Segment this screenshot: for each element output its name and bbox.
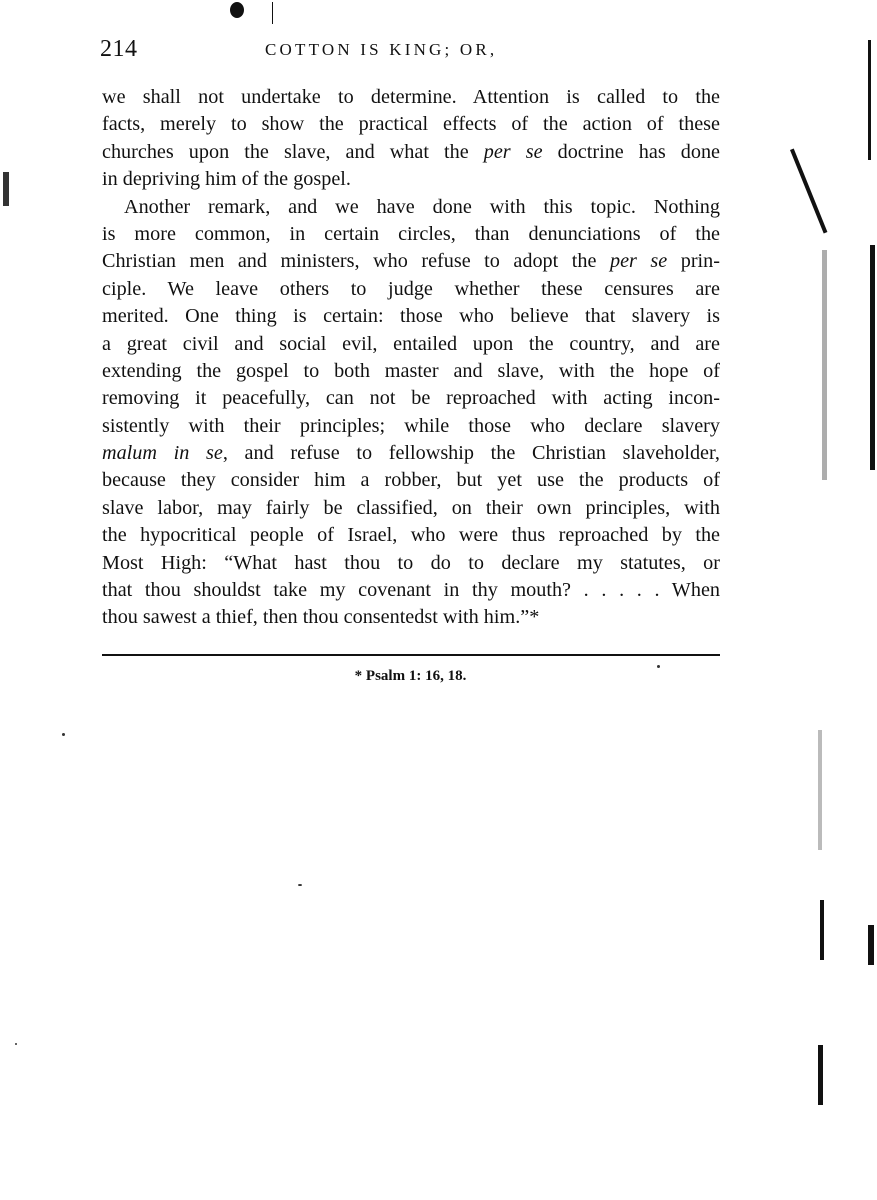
text-run: removing it peacefully, can not be repro… (102, 387, 720, 409)
text-line: is more common, in certain circles, than… (102, 221, 720, 248)
italic-phrase: per se (610, 250, 667, 272)
text-line: slave labor, may fairly be classified, o… (102, 495, 720, 522)
page-edge-speckle-1 (822, 250, 827, 480)
text-line: ciple. We leave others to judge whether … (102, 276, 720, 303)
text-run: because they consider him a robber, but … (102, 469, 720, 491)
text-run: is more common, in certain circles, than… (102, 223, 720, 245)
text-run: Another remark, and we have done with th… (124, 196, 720, 218)
text-run: ciple. We leave others to judge whether … (102, 278, 720, 300)
page-header: 214 COTTON IS KING; OR, (100, 36, 720, 68)
text-line: Christian men and ministers, who refuse … (102, 248, 720, 275)
speck (15, 1043, 17, 1045)
text-run: a great civil and social evil, entailed … (102, 333, 720, 355)
page-edge-curve-1 (790, 149, 827, 234)
text-run: in depriving him of the gospel. (102, 168, 351, 190)
text-run: sistently with their principles; while t… (102, 415, 720, 437)
text-run: Christian men and ministers, who refuse … (102, 250, 610, 272)
footnote-divider (102, 654, 720, 656)
italic-phrase: per se (484, 141, 543, 163)
text-line: the hypocritical people of Israel, who w… (102, 522, 720, 549)
text-line: malum in se, and refuse to fellowship th… (102, 440, 720, 467)
page-number: 214 (100, 36, 138, 63)
italic-phrase: malum in se (102, 442, 223, 464)
text-line: extending the gospel to both master and … (102, 358, 720, 385)
text-run: extending the gospel to both master and … (102, 360, 720, 382)
text-run: doctrine has done (543, 141, 720, 163)
footnote-text: * Psalm 1: 16, 18. (355, 668, 467, 684)
text-run: , and refuse to fellowship the Christian… (223, 442, 720, 464)
ink-blot-top (230, 2, 244, 18)
text-run: prin- (667, 250, 720, 272)
text-line: that thou shouldst take my covenant in t… (102, 577, 720, 604)
page-edge-mark-3 (820, 900, 824, 960)
speck (657, 665, 660, 668)
text-run: facts, merely to show the practical effe… (102, 113, 720, 135)
page-edge-line-2 (870, 245, 875, 470)
scan-mark-top (272, 2, 273, 24)
text-run: thou sawest a thief, then thou consented… (102, 606, 539, 628)
text-line: merited. One thing is certain: those who… (102, 303, 720, 330)
page-edge-mark-5 (818, 1045, 823, 1105)
page-edge-mark-4 (868, 925, 874, 965)
text-run: merited. One thing is certain: those who… (102, 305, 720, 327)
text-run: the hypocritical people of Israel, who w… (102, 524, 720, 546)
speck (62, 733, 65, 736)
text-line: in depriving him of the gospel. (102, 166, 720, 193)
text-run: Most High: “What hast thou to do to decl… (102, 552, 720, 574)
text-line: removing it peacefully, can not be repro… (102, 385, 720, 412)
footnote: * Psalm 1: 16, 18. (0, 668, 877, 685)
text-run: that thou shouldst take my covenant in t… (102, 579, 720, 601)
speck (298, 884, 302, 886)
text-line: thou sawest a thief, then thou consented… (102, 604, 720, 631)
text-line: churches upon the slave, and what the pe… (102, 139, 720, 166)
text-run: slave labor, may fairly be classified, o… (102, 497, 720, 519)
scanned-book-page: 214 COTTON IS KING; OR, we shall not und… (0, 0, 877, 1200)
page-edge-line-1 (868, 40, 871, 160)
running-head: COTTON IS KING; OR, (265, 40, 497, 60)
text-line: Most High: “What hast thou to do to decl… (102, 550, 720, 577)
text-run: churches upon the slave, and what the (102, 141, 484, 163)
text-line: because they consider him a robber, but … (102, 467, 720, 494)
text-line: a great civil and social evil, entailed … (102, 331, 720, 358)
text-line: facts, merely to show the practical effe… (102, 111, 720, 138)
text-run: we shall not undertake to determine. Att… (102, 86, 720, 108)
text-line: sistently with their principles; while t… (102, 413, 720, 440)
text-line: we shall not undertake to determine. Att… (102, 84, 720, 111)
body-text: we shall not undertake to determine. Att… (102, 84, 720, 632)
text-line: Another remark, and we have done with th… (102, 194, 720, 221)
page-edge-speckle-2 (818, 730, 822, 850)
scan-mark-left (3, 172, 9, 206)
